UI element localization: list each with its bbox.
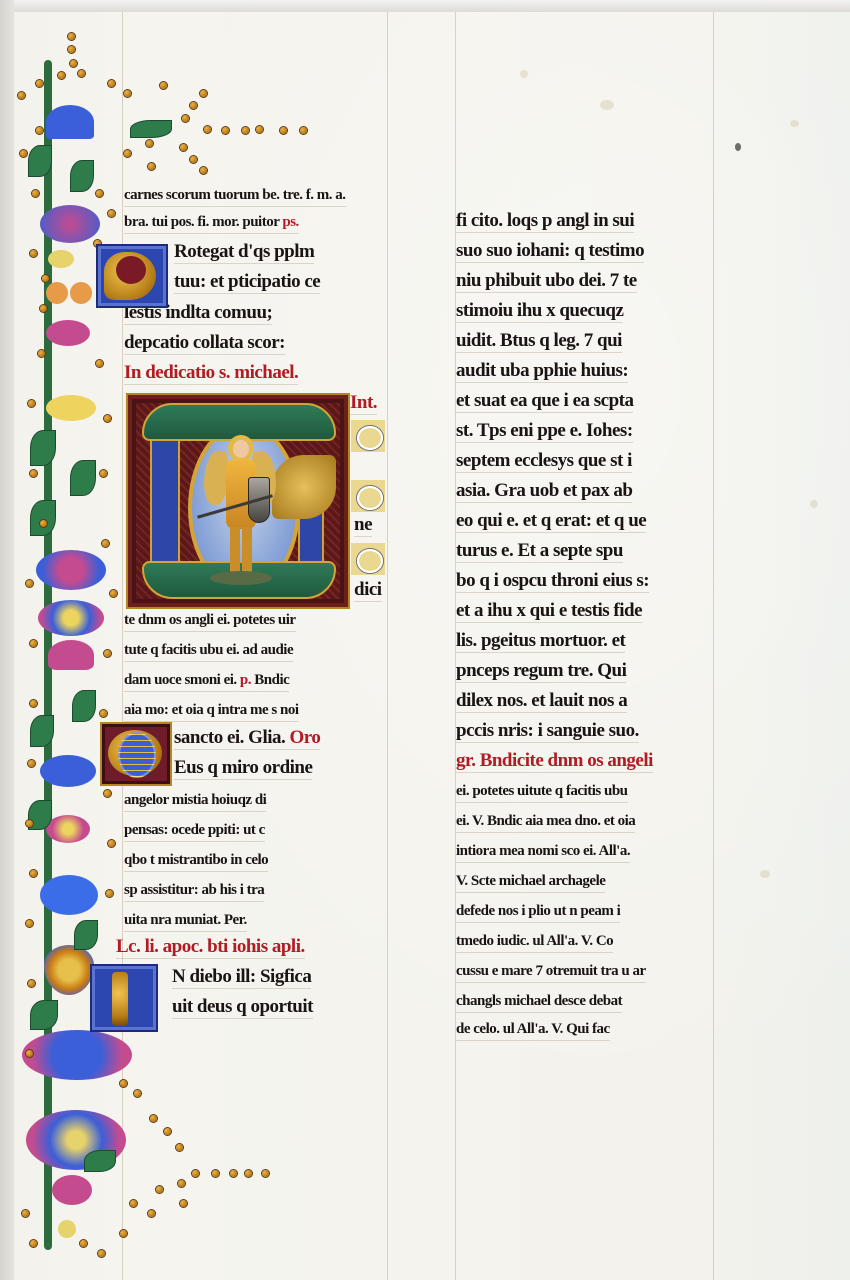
text-line: bra. tui pos. fi. mor. puitor ps. bbox=[124, 211, 299, 234]
text-line: uidit. Btus q leg. 7 qui bbox=[456, 330, 622, 353]
gold-bezant-icon bbox=[242, 127, 249, 134]
text-line: eo qui e. et q erat: et q ue bbox=[456, 510, 646, 533]
gold-bezant-icon bbox=[78, 70, 85, 77]
gold-bezant-icon bbox=[40, 520, 47, 527]
rubric-introit: Int. bbox=[350, 392, 377, 415]
text-line: Rotegat d'qs pplm bbox=[174, 241, 314, 264]
gold-bezant-icon bbox=[104, 415, 111, 422]
leaf-icon bbox=[72, 690, 96, 722]
gold-bezant-icon bbox=[262, 1170, 269, 1177]
gold-bezant-icon bbox=[26, 820, 33, 827]
ruling-line bbox=[387, 12, 388, 1280]
gold-bezant-icon bbox=[134, 1090, 141, 1097]
gold-bezant-icon bbox=[180, 1200, 187, 1207]
gold-bezant-icon bbox=[42, 275, 49, 282]
text-line: stimoiu ihu x quecuqz bbox=[456, 300, 623, 323]
gold-bezant-icon bbox=[70, 60, 77, 67]
gold-bezant-icon bbox=[190, 102, 197, 109]
yellow-bud-icon bbox=[48, 250, 74, 268]
text-line: ne bbox=[354, 514, 372, 537]
foxing-spot bbox=[790, 120, 799, 127]
gold-bezant-icon bbox=[68, 46, 75, 53]
gold-bezant-icon bbox=[192, 1170, 199, 1177]
gold-bezant-icon bbox=[96, 360, 103, 367]
pink-blue-flower-icon bbox=[40, 205, 100, 243]
gold-bezant-icon bbox=[146, 140, 153, 147]
gold-bezant-icon bbox=[176, 1144, 183, 1151]
gold-bezant-icon bbox=[222, 127, 229, 134]
gold-bezant-icon bbox=[26, 920, 33, 927]
text-line: tmedo iudic. ul All'a. V. Co bbox=[456, 930, 613, 953]
rubric-lectio: Lc. li. apoc. bti iohis apli. bbox=[116, 936, 305, 959]
gold-bezant-icon bbox=[104, 650, 111, 657]
initial-letter-i bbox=[90, 964, 158, 1032]
pink-flower-icon bbox=[46, 320, 90, 346]
gold-bezant-icon bbox=[108, 80, 115, 87]
gold-bezant-icon bbox=[28, 980, 35, 987]
gold-bezant-icon bbox=[178, 1180, 185, 1187]
page-top-edge bbox=[0, 0, 850, 12]
leaf-icon bbox=[30, 500, 56, 536]
text-line: uita nra muniat. Per. bbox=[124, 909, 247, 932]
gold-bezant-icon bbox=[230, 1170, 237, 1177]
ornate-blue-flower-icon bbox=[36, 550, 106, 590]
gold-bezant-icon bbox=[150, 1115, 157, 1122]
text-line: audit uba pphie huius: bbox=[456, 360, 628, 383]
text-line: lis. pgeitus mortuor. et bbox=[456, 630, 625, 653]
leaf-icon bbox=[70, 460, 96, 496]
foxing-spot bbox=[760, 870, 770, 878]
text-line: defede nos i plio ut n peam i bbox=[456, 900, 620, 923]
text-line: ei. V. Bndic aia mea dno. et oia bbox=[456, 810, 635, 833]
leaf-icon bbox=[84, 1150, 116, 1172]
gold-bezant-icon bbox=[20, 150, 27, 157]
blue-flower-icon bbox=[40, 755, 96, 787]
pink-flower-icon bbox=[46, 815, 90, 843]
gold-bezant-icon bbox=[120, 1230, 127, 1237]
gold-bezant-icon bbox=[245, 1170, 252, 1177]
gold-bezant-icon bbox=[26, 580, 33, 587]
gold-bezant-icon bbox=[104, 790, 111, 797]
text-line: tute q facitis ubu ei. ad audie bbox=[124, 639, 293, 662]
leaf-icon bbox=[74, 920, 98, 950]
leaf-icon bbox=[28, 145, 52, 177]
pink-tulip-icon bbox=[48, 640, 94, 670]
gold-bezant-icon bbox=[98, 1250, 105, 1257]
text-line: qbo t mistrantibo in celo bbox=[124, 849, 268, 872]
gold-bezant-icon bbox=[212, 1170, 219, 1177]
heart-ornament-icon bbox=[44, 945, 94, 995]
text-line: carnes scorum tuorum be. tre. f. m. a. bbox=[124, 184, 346, 207]
gold-bezant-icon bbox=[40, 305, 47, 312]
text-line: pccis nris: i sanguie suo. bbox=[456, 720, 639, 743]
text-line: depcatio collata scor: bbox=[124, 332, 285, 355]
text-line: te dnm os angli ei. potetes uir bbox=[124, 609, 296, 632]
leaf-icon bbox=[130, 120, 172, 138]
text-line: Eus q miro ordine bbox=[174, 757, 312, 780]
gold-bezant-icon bbox=[200, 167, 207, 174]
gold-bezant-icon bbox=[58, 72, 65, 79]
text-line: tuu: et pticipatio ce bbox=[174, 271, 320, 294]
gold-bezant-icon bbox=[108, 840, 115, 847]
leaf-icon bbox=[30, 715, 54, 747]
text-line: ei. potetes uitute q facitis ubu bbox=[456, 780, 628, 803]
gold-bezant-icon bbox=[108, 210, 115, 217]
text-line: gr. Bndicite dnm os angeli bbox=[456, 750, 653, 773]
gold-bezant-icon bbox=[124, 90, 131, 97]
gold-bezant-icon bbox=[36, 80, 43, 87]
text-line: intiora mea nomi sco ei. All'a. bbox=[456, 840, 630, 863]
gold-bezant-icon bbox=[200, 90, 207, 97]
gold-bezant-icon bbox=[148, 163, 155, 170]
gold-bezant-icon bbox=[100, 470, 107, 477]
rubric-heading: In dedicatio s. michael. bbox=[124, 362, 298, 385]
initial-letter-d bbox=[100, 722, 172, 786]
text-line: fi cito. loqs p angl in sui bbox=[456, 210, 634, 233]
gold-bezant-icon bbox=[36, 127, 43, 134]
text-line: de celo. ul All'a. V. Qui fac bbox=[456, 1018, 610, 1041]
fruit-icon bbox=[46, 282, 68, 304]
leaf-icon bbox=[70, 160, 94, 192]
ruling-line bbox=[713, 12, 714, 1280]
text-line: angelor mistia hoiuqz di bbox=[124, 789, 266, 812]
ink-spot bbox=[735, 143, 741, 151]
acanthus-flower-icon bbox=[22, 1030, 132, 1080]
gold-bezant-icon bbox=[30, 1240, 37, 1247]
gold-bezant-icon bbox=[80, 1240, 87, 1247]
gold-bezant-icon bbox=[102, 540, 109, 547]
gold-bezant-icon bbox=[110, 590, 117, 597]
gold-bezant-icon bbox=[300, 127, 307, 134]
text-line: et a ihu x qui e testis fide bbox=[456, 600, 642, 623]
ruling-line bbox=[122, 12, 123, 1280]
gold-bezant-icon bbox=[120, 1080, 127, 1087]
gold-bezant-icon bbox=[22, 1210, 29, 1217]
historiated-initial-b-saint-michael bbox=[126, 393, 350, 609]
text-line: st. Tps eni ppe e. Iohes: bbox=[456, 420, 633, 443]
gold-bezant-icon bbox=[190, 156, 197, 163]
text-line: sancto ei. Glia. Oro bbox=[174, 727, 320, 750]
text-line: N diebo ill: Sigfica bbox=[172, 966, 311, 989]
text-line: V. Scte michael archagele bbox=[456, 870, 605, 893]
gold-bezant-icon bbox=[280, 127, 287, 134]
text-line: niu phibuit ubo dei. 7 te bbox=[456, 270, 637, 293]
gold-bezant-icon bbox=[30, 470, 37, 477]
text-line: septem ecclesys que st i bbox=[456, 450, 632, 473]
cornflower-icon bbox=[40, 875, 98, 915]
foxing-spot bbox=[810, 500, 818, 508]
gold-bezant-icon bbox=[32, 190, 39, 197]
gold-bezant-icon bbox=[68, 33, 75, 40]
gold-bezant-icon bbox=[256, 126, 263, 133]
knotwork-filler bbox=[351, 480, 385, 512]
page-gutter-edge bbox=[0, 0, 14, 1280]
text-line: turus e. Et a septe spu bbox=[456, 540, 623, 563]
gold-bezant-icon bbox=[182, 115, 189, 122]
gold-bezant-icon bbox=[148, 1210, 155, 1217]
text-line: changls michael desce debat bbox=[456, 990, 622, 1013]
gold-bezant-icon bbox=[26, 1050, 33, 1057]
text-line: pnceps regum tre. Qui bbox=[456, 660, 626, 683]
gold-bezant-icon bbox=[96, 190, 103, 197]
gold-bezant-icon bbox=[106, 890, 113, 897]
text-line: uit deus q oportuit bbox=[172, 996, 313, 1019]
gold-bezant-icon bbox=[124, 150, 131, 157]
fruit-icon bbox=[70, 282, 92, 304]
knotwork-filler bbox=[351, 420, 385, 452]
knotwork-filler bbox=[351, 543, 385, 575]
text-line: dam uoce smoni ei. p. Bndic bbox=[124, 669, 289, 692]
foxing-spot bbox=[520, 70, 528, 78]
gold-bezant-icon bbox=[38, 350, 45, 357]
gold-bezant-icon bbox=[204, 126, 211, 133]
initial-letter-p bbox=[96, 244, 168, 308]
text-line: bo q i ospcu throni eius s: bbox=[456, 570, 649, 593]
text-line: asia. Gra uob et pax ab bbox=[456, 480, 632, 503]
text-line: suo suo iohani: q testimo bbox=[456, 240, 644, 263]
rubric-ps: ps. bbox=[282, 214, 298, 230]
gold-bezant-icon bbox=[156, 1186, 163, 1193]
blue-flower-icon bbox=[46, 105, 94, 139]
gold-bezant-icon bbox=[130, 1200, 137, 1207]
gold-bezant-icon bbox=[30, 250, 37, 257]
text-line: cussu e mare 7 otremuit tra u ar bbox=[456, 960, 646, 983]
gold-bezant-icon bbox=[100, 710, 107, 717]
gold-bezant-icon bbox=[30, 870, 37, 877]
yellow-bud-icon bbox=[58, 1220, 76, 1238]
text-line: pensas: ocede ppiti: ut c bbox=[124, 819, 265, 842]
text-line: et suat ea que i ea scpta bbox=[456, 390, 633, 413]
text-line: sp assistitur: ab his i tra bbox=[124, 879, 264, 902]
gold-bezant-icon bbox=[160, 82, 167, 89]
gold-bezant-icon bbox=[30, 700, 37, 707]
gold-bezant-icon bbox=[28, 760, 35, 767]
gold-bezant-icon bbox=[18, 92, 25, 99]
leaf-icon bbox=[30, 1000, 58, 1030]
gold-bezant-icon bbox=[30, 640, 37, 647]
gold-bezant-icon bbox=[28, 400, 35, 407]
ornate-flower-icon bbox=[38, 600, 104, 636]
manuscript-page: carnes scorum tuorum be. tre. f. m. a. b… bbox=[0, 0, 850, 1280]
foxing-spot bbox=[600, 100, 614, 110]
text-line: dici bbox=[354, 579, 382, 602]
leaf-icon bbox=[30, 430, 56, 466]
archangel-michael-figure bbox=[210, 435, 270, 585]
yellow-flower-icon bbox=[46, 395, 96, 421]
text-line: aia mo: et oia q intra me s noi bbox=[124, 699, 298, 722]
gold-bezant-icon bbox=[180, 144, 187, 151]
gold-bezant-icon bbox=[164, 1128, 171, 1135]
pink-bud-icon bbox=[52, 1175, 92, 1205]
text-line: dilex nos. et lauit nos a bbox=[456, 690, 627, 713]
